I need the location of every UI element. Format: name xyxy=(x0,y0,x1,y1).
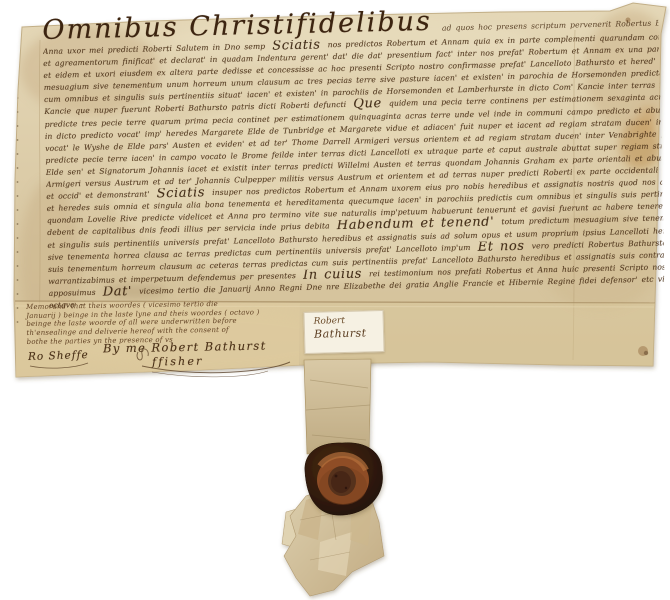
seal-tag xyxy=(304,359,371,454)
primary-signature: By me Robert Bathurst xyxy=(103,339,267,356)
secondary-signature: ffisher xyxy=(152,355,204,369)
parchment-artwork xyxy=(0,0,670,600)
witness-signature: Ro Sheffe xyxy=(28,349,89,363)
name-label-slip: Robert Bathurst xyxy=(303,310,384,354)
parchment-deed-photo: Omnibus Christifidelibus ad quos hoc pre… xyxy=(0,0,670,600)
label-surname: Bathurst xyxy=(314,326,383,342)
